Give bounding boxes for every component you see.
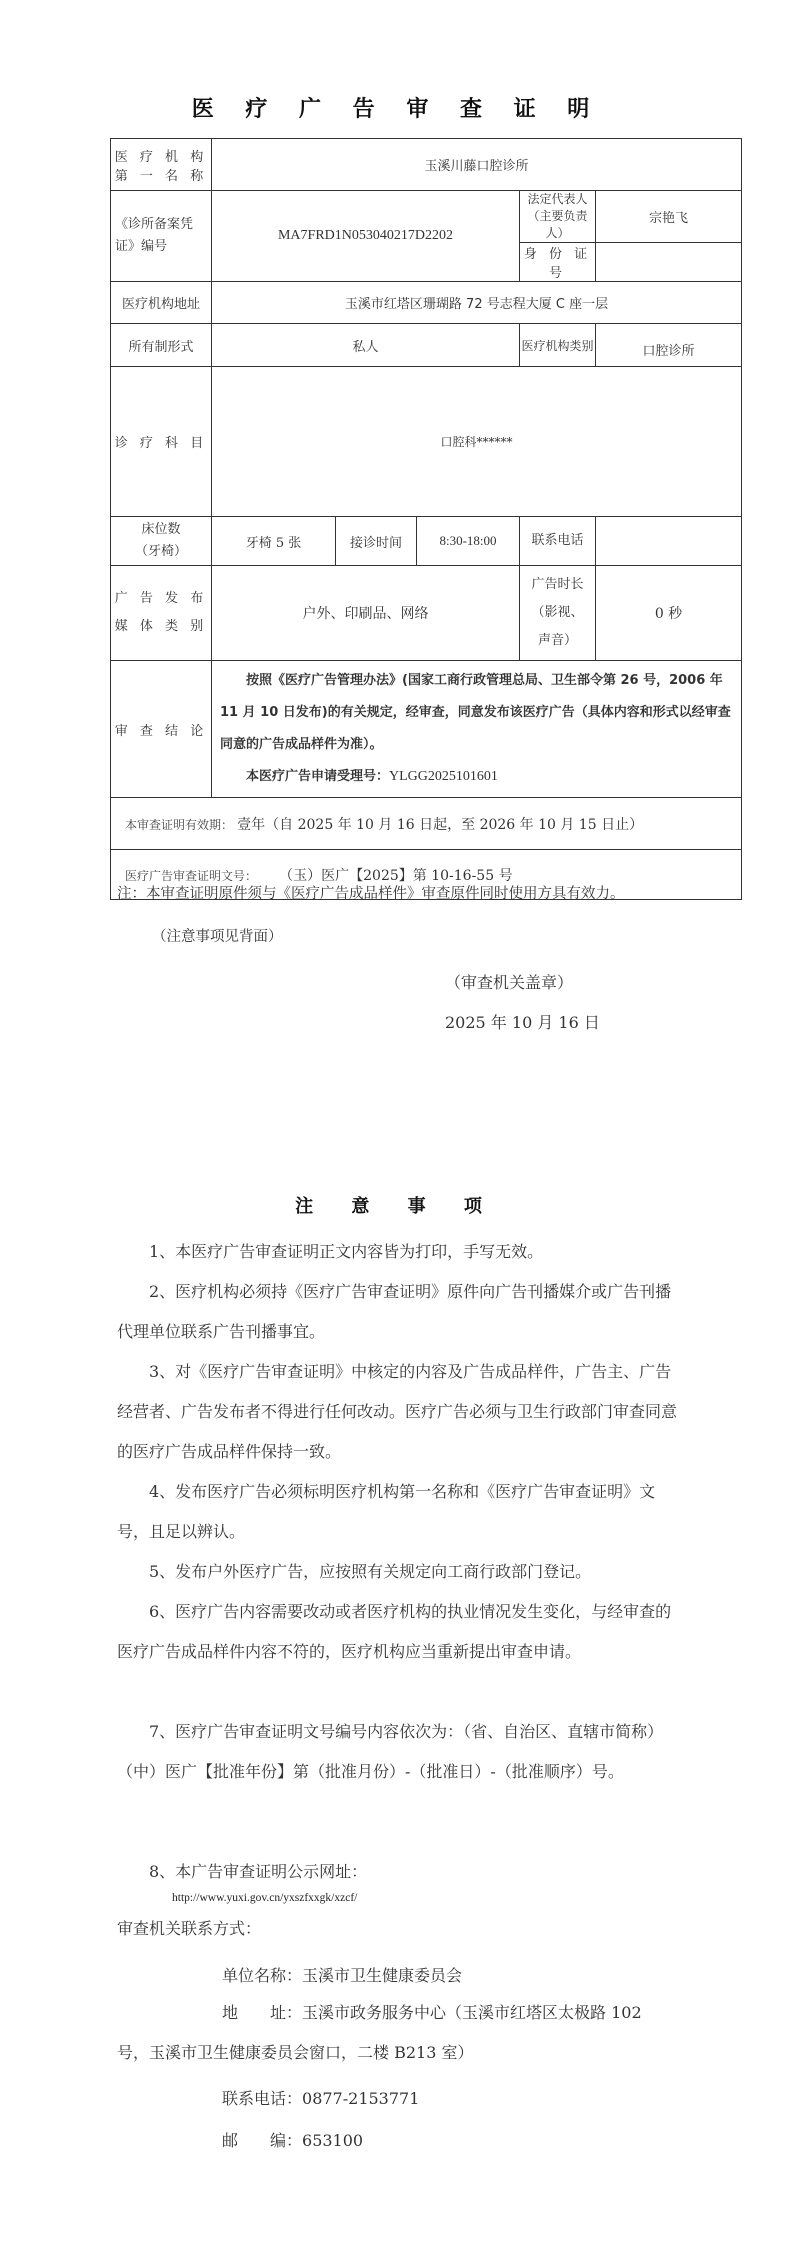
- contact-unit: 单位名称：玉溪市卫生健康委员会: [222, 1963, 462, 1986]
- contact-address-value: 玉溪市政务服务中心（玉溪市红塔区太极路 102 号，玉溪市卫生健康委员会窗口，二…: [117, 2003, 642, 2062]
- contact-unit-label: 单位名称：: [222, 1966, 302, 1985]
- phone: [596, 517, 742, 566]
- certificate-no-label: 《诊所备案凭 证》编号: [111, 191, 212, 282]
- label-line: 广 告 发 布: [111, 585, 211, 613]
- notice-text: 7、医疗广告审查证明文号编号内容依次为：（省、自治区、直辖市简称）（中）医广【批…: [117, 1722, 663, 1781]
- duration-label: 广告时长 （影视、 声音）: [520, 566, 596, 661]
- label-line: 广告时长: [520, 571, 595, 599]
- institution-name-label: 医 疗 机 构 第 一 名 称: [111, 139, 212, 191]
- legal-rep-label: 法定代表人 （主要负责人）: [520, 191, 596, 243]
- validity-label: 本审查证明有效期：: [125, 818, 233, 832]
- label-line: 证》编号: [115, 236, 211, 258]
- label-line: （牙椅）: [111, 541, 211, 563]
- validity-row: 本审查证明有效期： 壹年（自 2025 年 10 月 16 日起，至 2026 …: [111, 798, 742, 850]
- contact-address: 地 址：玉溪市政务服务中心（玉溪市红塔区太极路 102 号，玉溪市卫生健康委员会…: [117, 1993, 677, 2073]
- footer-note: 注：本审查证明原件须与《医疗广告成品样件》审查原件同时使用方具有效力。: [117, 882, 625, 903]
- address: 玉溪市红塔区珊瑚路 72 号志程大厦 C 座一层: [212, 282, 742, 324]
- label-line: 声音）: [520, 627, 595, 655]
- duration: 0 秒: [596, 566, 742, 661]
- contact-address-label: 地 址：: [222, 2003, 302, 2022]
- certificate-table: 医 疗 机 构 第 一 名 称 玉溪川藤口腔诊所 《诊所备案凭 证》编号 MA7…: [110, 138, 742, 900]
- notice-text: 3、对《医疗广告审查证明》中核定的内容及广告成品样件，广告主、广告经营者、广告发…: [117, 1362, 677, 1461]
- label-line: （主要负责人）: [520, 208, 595, 242]
- notice-item-8: 8、本广告审查证明公示网址：: [117, 1852, 677, 1892]
- institution-name: 玉溪川藤口腔诊所: [212, 139, 742, 191]
- contact-phone-label: 联系电话：: [222, 2089, 302, 2108]
- beds-label: 床位数 （牙椅）: [111, 517, 212, 566]
- notice-text: 8、本广告审查证明公示网址：: [149, 1862, 367, 1881]
- address-label: 医疗机构地址: [111, 282, 212, 324]
- label-line: 床位数: [111, 519, 211, 541]
- contact-postcode-label: 邮 编：: [222, 2131, 302, 2150]
- see-back-note: （注意事项见背面）: [152, 925, 283, 946]
- notices-title: 注 意 事 项: [0, 1192, 793, 1218]
- notice-item-5: 5、发布户外医疗广告，应按照有关规定向工商行政部门登记。: [117, 1552, 677, 1592]
- doc-no-label: 医疗广告审查证明文号：: [125, 867, 275, 884]
- notice-text: 2、医疗机构必须持《医疗广告审查证明》原件向广告刊播媒介或广告刊播代理单位联系广…: [117, 1282, 671, 1341]
- conclusion: 按照《医疗广告管理办法》(国家工商行政管理总局、卫生部令第 26 号，2006 …: [212, 661, 742, 798]
- notice-item-6: 6、医疗广告内容需要改动或者医疗机构的执业情况发生变化，与经审查的医疗广告成品样…: [117, 1592, 677, 1672]
- media-label: 广 告 发 布 媒 体 类 别: [111, 566, 212, 661]
- scope-label: 诊 疗 科 目: [111, 367, 212, 517]
- notice-url-link[interactable]: http://www.yuxi.gov.cn/yxszfxxgk/xzcf/: [172, 1892, 357, 1904]
- institution-type: 口腔诊所: [596, 324, 742, 367]
- label-line: 法定代表人: [520, 191, 595, 208]
- label-line: 第 一 名 称: [111, 165, 211, 184]
- contact-postcode: 邮 编：653100: [222, 2128, 363, 2151]
- scope: 口腔科******: [212, 367, 742, 517]
- type-label: 医疗机构类别: [520, 324, 596, 367]
- acceptance-label: 本医疗广告申请受理号：: [246, 769, 389, 784]
- label-line: 医 疗 机 构: [111, 146, 211, 165]
- ownership: 私人: [212, 324, 520, 367]
- media: 户外、印刷品、网络: [212, 566, 520, 661]
- ownership-label: 所有制形式: [111, 324, 212, 367]
- conclusion-text: 按照《医疗广告管理办法》(国家工商行政管理总局、卫生部令第 26 号，2006 …: [220, 673, 731, 752]
- notice-item-1: 1、本医疗广告审查证明正文内容皆为打印，手写无效。: [117, 1232, 677, 1272]
- notice-item-7: 7、医疗广告审查证明文号编号内容依次为：（省、自治区、直辖市简称）（中）医广【批…: [117, 1712, 677, 1792]
- certificate-no: MA7FRD1N053040217D2202: [212, 191, 520, 282]
- document-title: 医 疗 广 告 审 查 证 明: [0, 92, 793, 123]
- contact-unit-value: 玉溪市卫生健康委员会: [302, 1966, 462, 1985]
- issue-date: 2025 年 10 月 16 日: [445, 1010, 600, 1033]
- notice-item-4: 4、发布医疗广告必须标明医疗机构第一名称和《医疗广告审查证明》文号，且足以辨认。: [117, 1472, 677, 1552]
- label-line: （影视、: [520, 599, 595, 627]
- hours-label: 接诊时间: [336, 517, 417, 566]
- notice-item-3: 3、对《医疗广告审查证明》中核定的内容及广告成品样件，广告主、广告经营者、广告发…: [117, 1352, 677, 1472]
- notice-text: 1、本医疗广告审查证明正文内容皆为打印，手写无效。: [149, 1242, 543, 1261]
- seal-note: （审查机关盖章）: [445, 970, 573, 993]
- contact-postcode-value: 653100: [302, 2131, 363, 2150]
- phone-label: 联系电话: [520, 517, 596, 566]
- contact-phone-value: 0877-2153771: [302, 2089, 419, 2108]
- notice-item-2: 2、医疗机构必须持《医疗广告审查证明》原件向广告刊播媒介或广告刊播代理单位联系广…: [117, 1272, 677, 1352]
- label-line: 媒 体 类 别: [111, 613, 211, 641]
- conclusion-label: 审 查 结 论: [111, 661, 212, 798]
- id-value: [596, 243, 742, 282]
- beds: 牙椅 5 张: [212, 517, 336, 566]
- notice-text: 6、医疗广告内容需要改动或者医疗机构的执业情况发生变化，与经审查的医疗广告成品样…: [117, 1602, 671, 1661]
- hours: 8:30-18:00: [417, 517, 520, 566]
- label-line: 《诊所备案凭: [115, 214, 211, 236]
- validity: 壹年（自 2025 年 10 月 16 日起，至 2026 年 10 月 15 …: [237, 817, 643, 833]
- notice-text: 5、发布户外医疗广告，应按照有关规定向工商行政部门登记。: [149, 1562, 591, 1581]
- contact-phone: 联系电话：0877-2153771: [222, 2086, 419, 2109]
- legal-rep: 宗艳飞: [596, 191, 742, 243]
- contact-heading: 审查机关联系方式：: [117, 1916, 261, 1939]
- notice-text: 4、发布医疗广告必须标明医疗机构第一名称和《医疗广告审查证明》文号，且足以辨认。: [117, 1482, 655, 1541]
- acceptance-no: YLGG2025101601: [389, 769, 498, 784]
- id-label: 身 份 证 号: [520, 243, 596, 282]
